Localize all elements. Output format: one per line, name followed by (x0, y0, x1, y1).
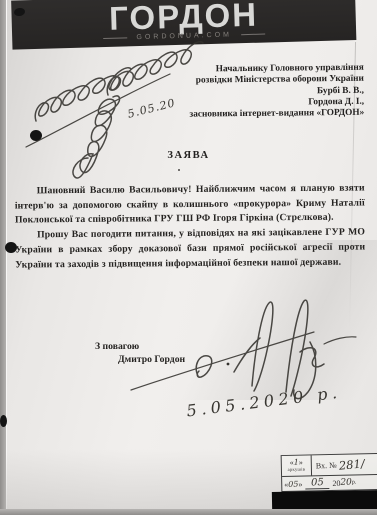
body-paragraph: Шановний Василю Васильовичу! Найближчим … (15, 181, 365, 228)
site-url-text: GORDONUA.COM (136, 31, 232, 41)
stamp-year-written: 20 (340, 478, 352, 488)
stamp-month-number: 05 (305, 478, 329, 490)
stamp-reg-cell: Вх. № 281/ (312, 454, 377, 475)
photo-background-bottom (0, 509, 377, 515)
stamp-sheets-label: аркушів (288, 468, 306, 473)
stamp-day: «05» (284, 479, 302, 488)
letter-body: Шановний Василю Васильовичу! Найближчим … (15, 181, 366, 272)
scanned-letter-photo: ГОРДОН GORDONUA.COM Начальнику Головного… (0, 0, 377, 515)
brand-logo-text: ГОРДОН (109, 0, 259, 34)
stamp-sheets-cell: «1» аркушів (282, 455, 312, 476)
closing-name: Дмитро Гордон (118, 354, 185, 367)
quote-mark: » (299, 458, 303, 467)
stamp-year-suffix: р. (352, 479, 357, 485)
stamp-day-number: 05 (288, 479, 298, 488)
closing-salutation: З повагою (95, 341, 185, 354)
stamp-reg-label: Вх. № (316, 460, 337, 469)
scan-speck (178, 169, 180, 171)
stamp-date-row: «05» 05 20 20 р. (282, 475, 377, 491)
punch-hole (0, 415, 7, 427)
stamp-reg-number: 281/ (338, 456, 365, 472)
closing-block: З повагою Дмитро Гордон (95, 341, 185, 366)
stamp-top-row: «1» аркушів Вх. № 281/ (282, 454, 377, 477)
intake-stamp: «1» аркушів Вх. № 281/ «05» 05 20 20 р. (281, 453, 377, 492)
document-title: ЗАЯВА (10, 150, 367, 161)
redaction-bar (272, 490, 377, 511)
body-paragraph: Прошу Вас погодити питання, у відповідях… (15, 226, 365, 273)
punch-hole (30, 130, 42, 141)
quote-mark: » (298, 479, 302, 488)
